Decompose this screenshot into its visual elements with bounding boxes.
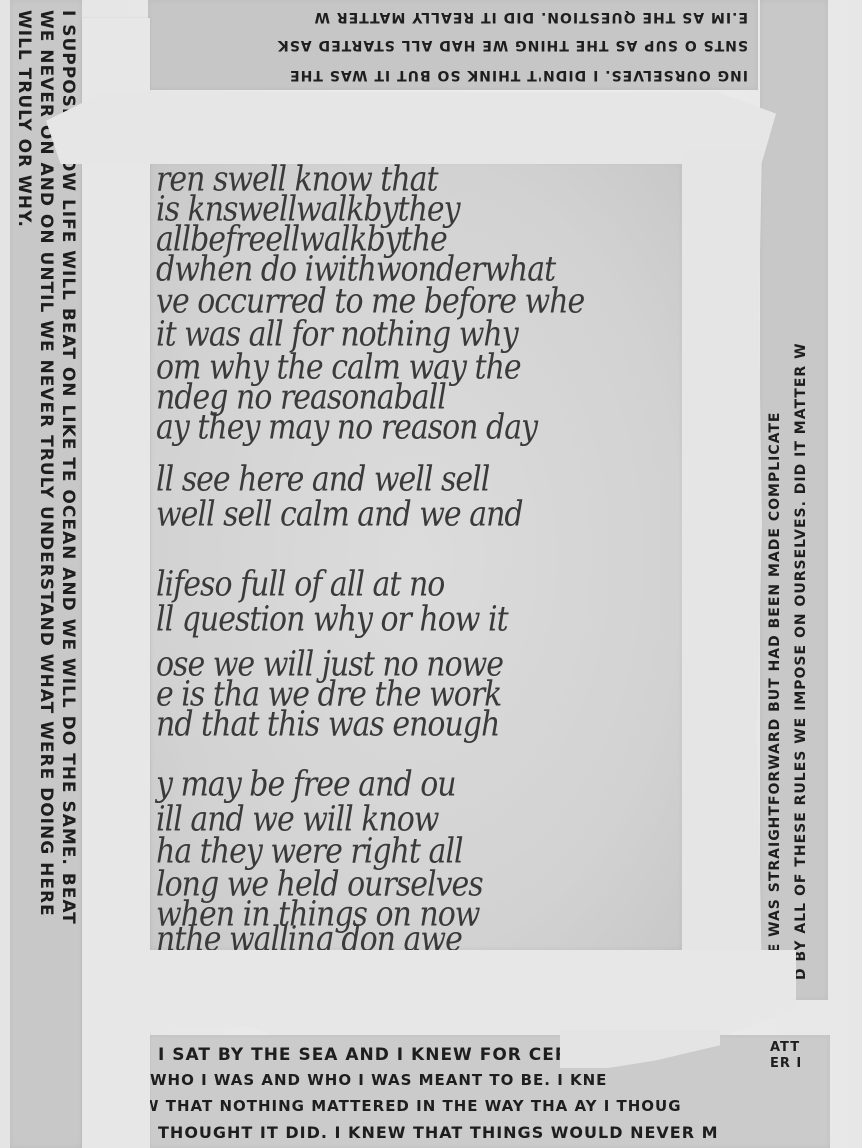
- top-text-strip: ING OURSELVES. I DIDN'T THINK SO BUT IT …: [148, 0, 758, 90]
- top-strip-line: E.IM AS THE QUESTION. DID IT REALLY MATT…: [314, 10, 748, 24]
- tape-strip-bottom: [96, 950, 796, 1035]
- cursive-line: well sell calm and we and: [156, 494, 523, 534]
- bottom-text-strip: I SAT BY THE SEA AND I KNEW FOR CERTAIN …: [120, 1035, 830, 1148]
- cursive-line: nthe walling don awe: [156, 919, 462, 950]
- left-strip-line: WE NEVER ON AND ON UNTIL WE NEVER TRULY …: [37, 10, 54, 917]
- bottom-strip-line: W THAT NOTHING MATTERED IN THE WAY THA A…: [142, 1099, 682, 1114]
- bottom-strip-line: I SAT BY THE SEA AND I KNEW FOR CERTAIN: [158, 1047, 616, 1064]
- bottom-strip-fragment: ER I: [770, 1057, 802, 1070]
- right-text-strip: LIFE WAS STRAIGHTFORWARD BUT HAD BEEN MA…: [760, 0, 828, 1000]
- top-strip-line: ING OURSELVES. I DIDN'T THINK SO BUT IT …: [289, 68, 748, 82]
- tape-strip-top: [46, 92, 776, 164]
- cursive-line: nd that this was enough: [156, 704, 499, 744]
- bottom-strip-line: WHO I WAS AND WHO I WAS MEANT TO BE. I K…: [150, 1073, 607, 1088]
- left-text-strip: I SUPPOSE KNOW LIFE WILL BEAT ON LIKE TE…: [10, 0, 82, 1148]
- left-strip-line: WILL TRULY OR WHY.: [15, 10, 32, 228]
- right-strip-line: LIFE WAS STRAIGHTFORWARD BUT HAD BEEN MA…: [768, 412, 782, 980]
- cursive-line: ll question why or how it: [156, 599, 508, 639]
- tape-strip-right: [682, 150, 762, 980]
- cursive-line: ay they may no reason day: [156, 407, 537, 447]
- top-strip-line: SNTS O SUP AS THE THING WE HAD ALL START…: [277, 38, 748, 52]
- bottom-strip-fragment: ATT: [770, 1041, 800, 1054]
- bottom-strip-line: T I THOUGHT IT DID. I KNEW THAT THINGS W…: [126, 1125, 719, 1141]
- right-strip-line: D BY ALL OF THESE RULES WE IMPOSE ON OUR…: [794, 342, 808, 980]
- center-cursive-panel: ren swell know that is knswellwalkbythey…: [150, 162, 682, 950]
